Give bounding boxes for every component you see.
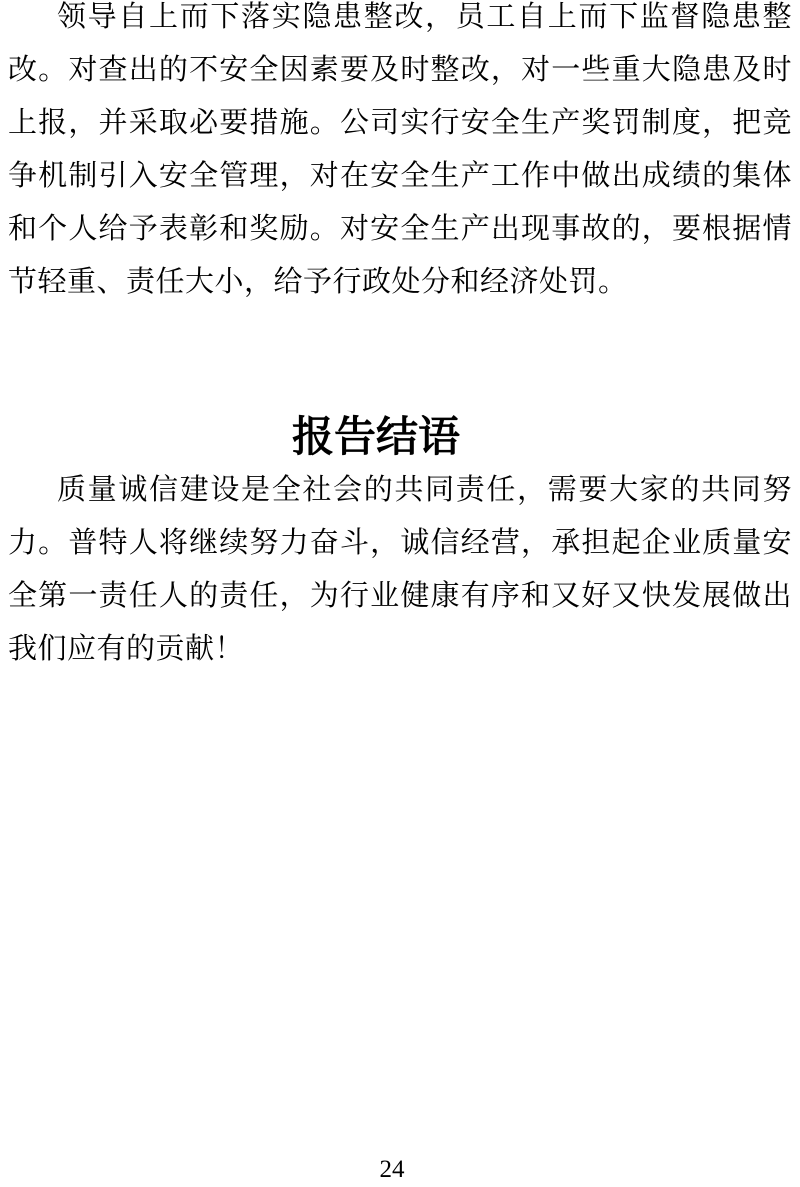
document-page: 领导自上而下落实隐患整改，员工自上而下监督隐患整改。对查出的不安全因素要及时整改… xyxy=(0,0,800,1187)
body-paragraph-conclusion: 质量诚信建设是全社会的共同责任，需要大家的共同努力。普特人将继续努力奋斗，诚信经… xyxy=(8,464,792,676)
body-paragraph-safety-rectification: 领导自上而下落实隐患整改，员工自上而下监督隐患整改。对查出的不安全因素要及时整改… xyxy=(8,0,792,309)
section-heading-report-conclusion: 报告结语 xyxy=(0,413,776,463)
page-number: 24 xyxy=(0,1156,792,1184)
